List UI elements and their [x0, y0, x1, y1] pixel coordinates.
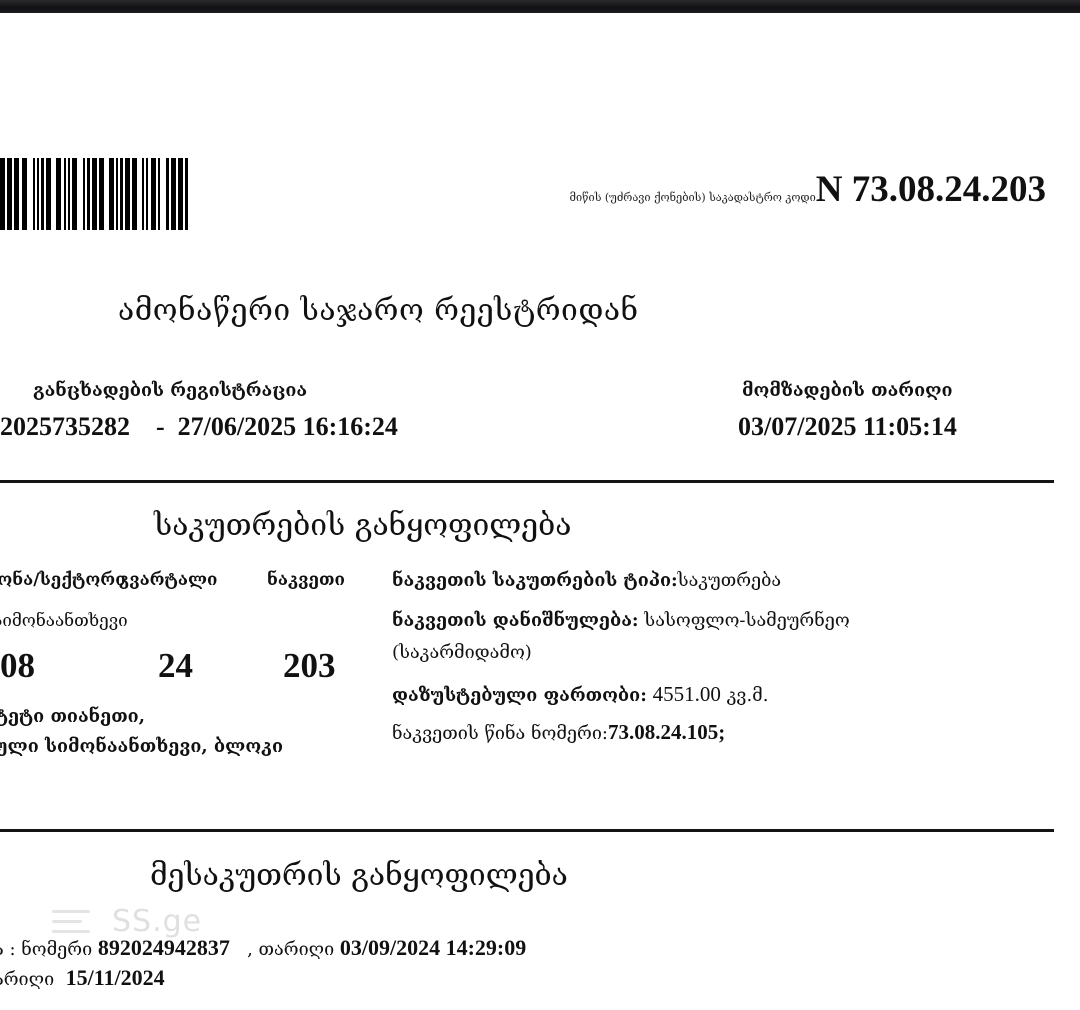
column-header-block: კვარტალი	[119, 570, 217, 590]
owner-document-date-line: არიღი 15/11/2024	[0, 965, 165, 991]
plot-area-label: დაზუსტებული ფართობი:	[392, 685, 647, 706]
owner-registration-prefix: ა : ნომერი	[0, 939, 98, 960]
owner-document-date-label: არიღი	[0, 969, 66, 990]
previous-plot-number-value: 73.08.24.105;	[608, 720, 725, 744]
watermark: SS.ge	[52, 904, 202, 939]
preparation-date-label: მომზადების თარიღი	[742, 380, 953, 401]
watermark-text: SS.ge	[112, 904, 202, 939]
window-top-bar	[0, 0, 1080, 13]
owner-registration-date: 03/09/2024 14:29:09	[340, 935, 526, 960]
preparation-date-value: 03/07/2025 11:05:14	[738, 412, 957, 442]
owner-registration-number: 892024942837	[98, 935, 230, 960]
section-divider	[0, 829, 1054, 832]
region-number: 08	[0, 646, 35, 686]
ownership-type-label: ნაკვეთის საკუთრების ტიპი:	[392, 570, 678, 591]
plot-purpose-label: ნაკვეთის დანიშნულება:	[392, 610, 639, 631]
region-name: სიმონაანთხევი	[0, 611, 128, 631]
plot-purpose-line-2: (საკარმიდამო)	[392, 642, 532, 663]
watermark-menu-icon	[52, 910, 90, 933]
owner-registration-date-label: , თარიღი	[230, 939, 340, 960]
ownership-type: ნაკვეთის საკუთრების ტიპი:საკუთრება	[392, 570, 781, 591]
document-title: ამონაწერი საჯარო რეესტრიდან	[118, 293, 639, 328]
column-header-region-text: ზონა/სექტორი	[0, 570, 126, 590]
address-line-1: ტეტი თიანეთი,	[0, 706, 145, 727]
plot-area-unit: კვ.მ.	[727, 685, 769, 706]
block-number: 24	[158, 646, 193, 686]
owner-section-title: მესაკუთრის განყოფილება	[150, 858, 568, 893]
owner-registration-line: ა : ნომერი 892024942837 , თარიღი 03/09/2…	[0, 935, 526, 961]
cadastral-code: მიწის (უძრავი ქონების) საკადასტრო კოდი N…	[570, 168, 1046, 211]
ownership-type-value: საკუთრება	[678, 570, 781, 591]
barcode	[0, 158, 230, 230]
column-header-region: ზონა/სექტორი	[0, 570, 126, 590]
plot-area-value: 4551.00	[653, 682, 721, 706]
property-section-title: საკუთრების განყოფილება	[154, 508, 571, 543]
plot-purpose-value: სასოფლო-სამეურნეო	[644, 610, 849, 631]
column-header-plot: ნაკვეთი	[267, 570, 345, 590]
cadastral-code-number: N 73.08.24.203	[816, 168, 1046, 211]
plot-number: 203	[283, 646, 336, 686]
cadastral-code-label: მიწის (უძრავი ქონების) საკადასტრო კოდი	[570, 191, 816, 204]
plot-area: დაზუსტებული ფართობი: 4551.00 კვ.მ.	[392, 682, 768, 707]
owner-document-date: 15/11/2024	[66, 965, 165, 990]
address-line-2: ული სიმონაანთხევი, ბლოკი	[0, 736, 283, 757]
application-registration-label: განცხადების რეგისტრაცია	[33, 380, 307, 401]
previous-plot-number: ნაკვეთის წინა ნომერი:73.08.24.105;	[392, 720, 725, 745]
application-registration-value: 2025735282 - 27/06/2025 16:16:24	[0, 412, 398, 442]
section-divider	[0, 480, 1054, 483]
previous-plot-number-label: ნაკვეთის წინა ნომერი:	[392, 723, 608, 744]
plot-purpose: ნაკვეთის დანიშნულება: სასოფლო-სამეურნეო	[392, 610, 850, 631]
